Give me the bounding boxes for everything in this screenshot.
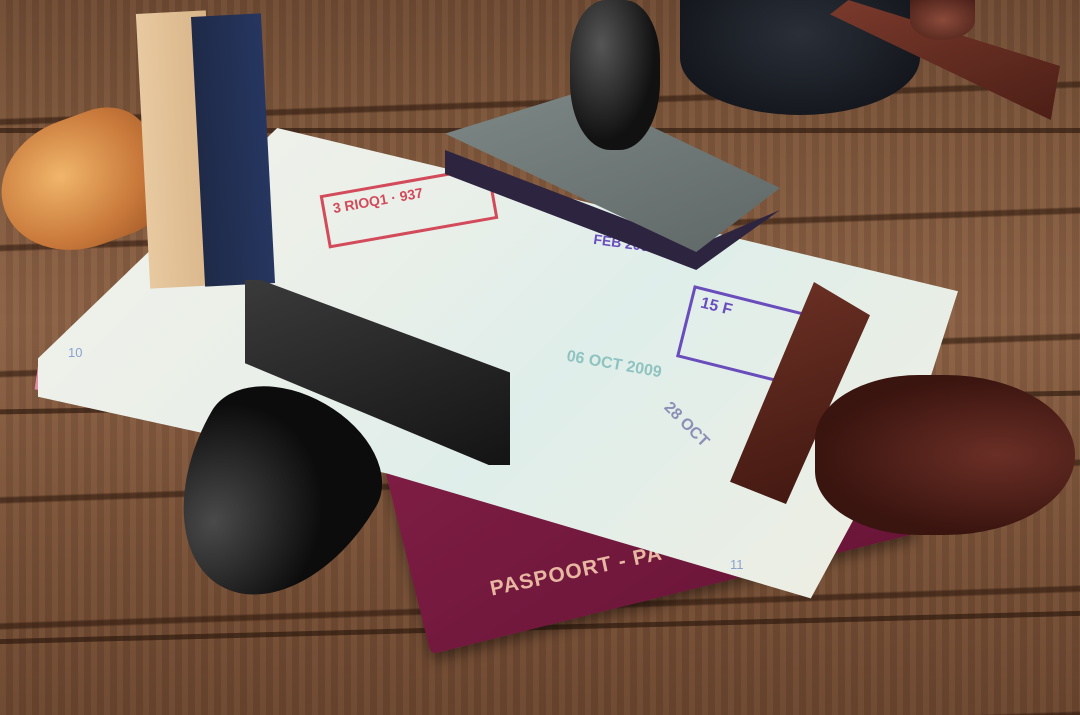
blue-stamp-pad xyxy=(191,13,275,286)
page-number-right: 11 xyxy=(730,557,744,572)
page-number-left: 10 xyxy=(68,345,82,360)
brown-stamp-handle xyxy=(815,375,1075,535)
brown-stamp-knob xyxy=(910,0,975,40)
black-stamp-handle xyxy=(570,0,660,150)
photo-scene: PASPOORT - PA SS 10 11 3 RIOQ1 · 937 FEB… xyxy=(0,0,1080,715)
